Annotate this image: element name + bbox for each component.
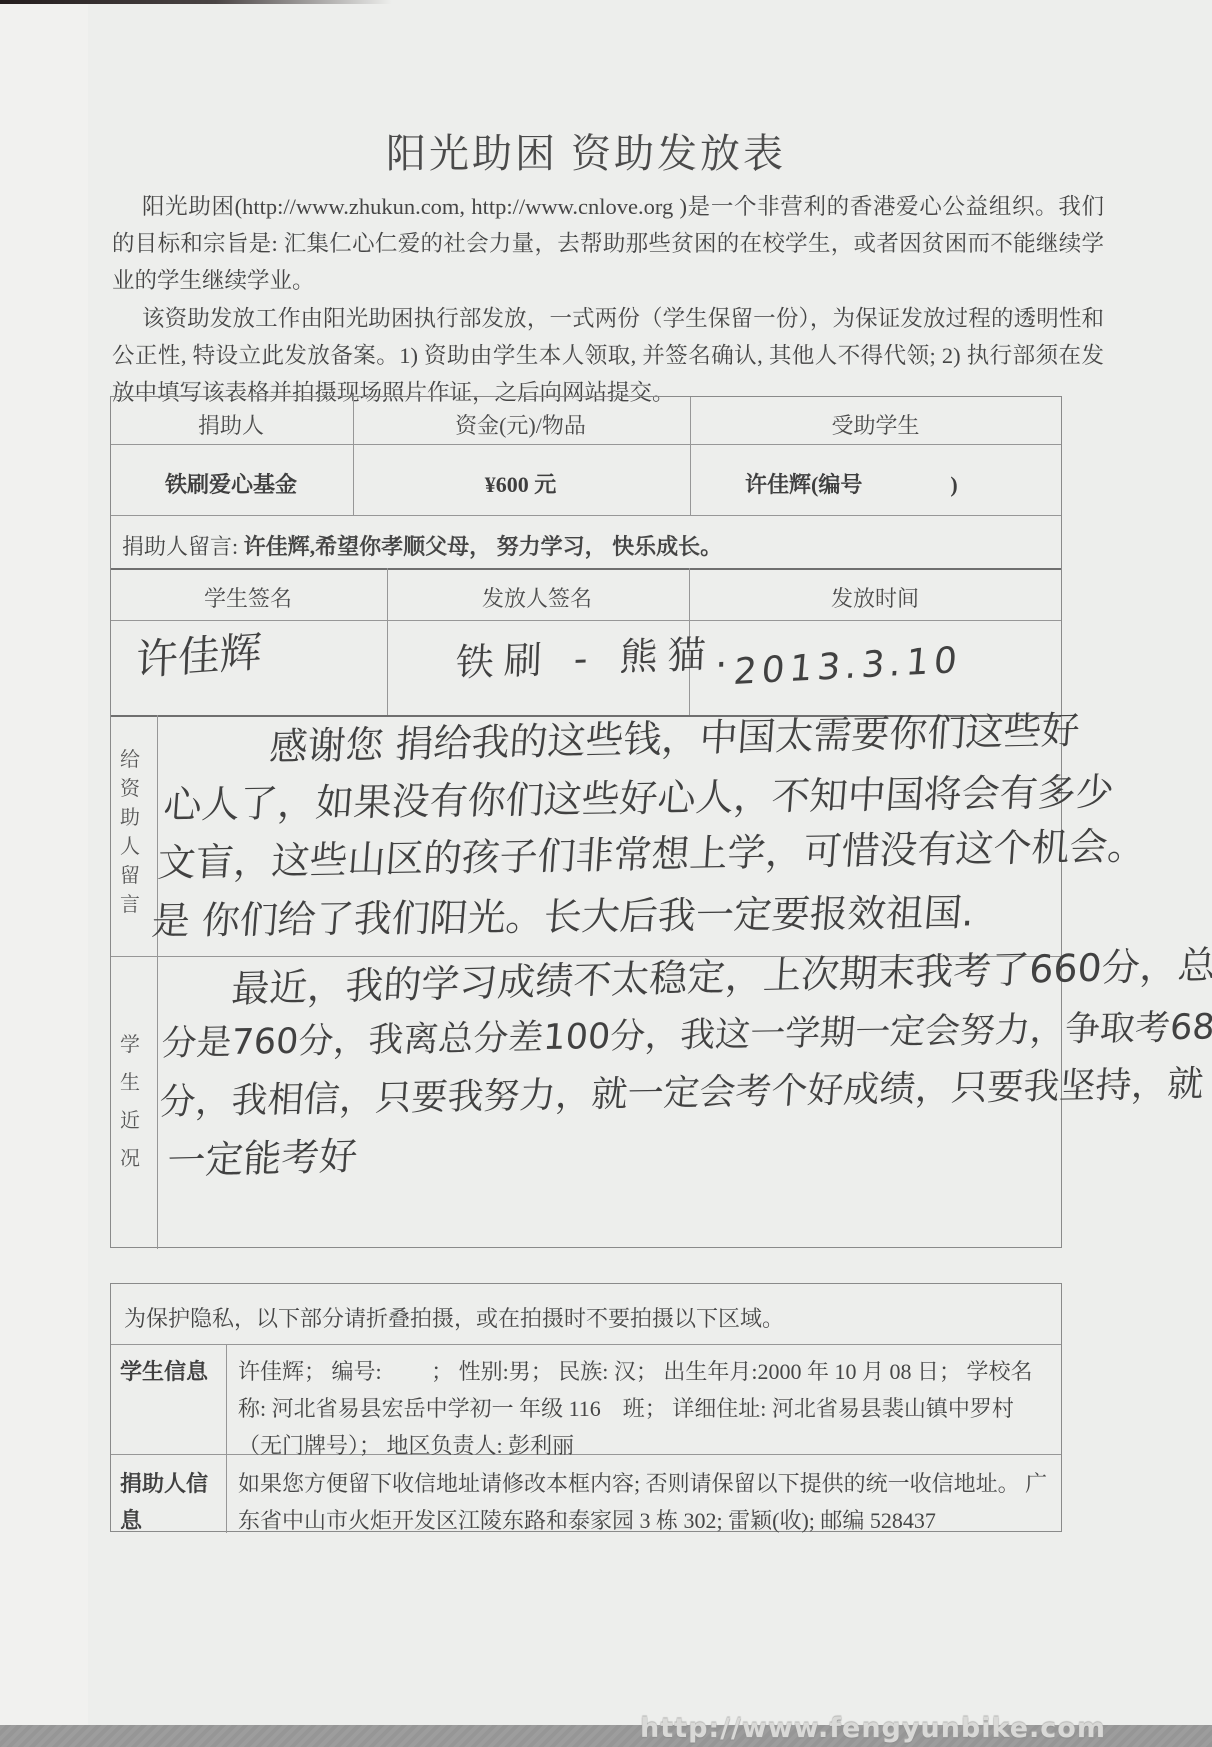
handwritten-message-line-4: 是 你们给了我们阳光。长大后我一定要报效祖国. xyxy=(150,881,976,945)
donor-message-text: 希望你孝顺父母， 努力学习， 快乐成长。 xyxy=(315,534,722,559)
intro-paragraph-1: 阳光助困(http://www.zhukun.com, http://www.c… xyxy=(112,188,1104,299)
page-title: 阳光助困 资助发放表 xyxy=(110,122,1062,179)
donor-message-row: 捐助人留言: 许佳辉,希望你孝顺父母， 努力学习， 快乐成长。 xyxy=(122,530,1052,561)
student-info-line-3: （无门牌号）； 地区负责人: 彭利丽 xyxy=(238,1427,574,1464)
scanned-form-page: 阳光助困 资助发放表 阳光助困(http://www.zhukun.com, h… xyxy=(0,0,1212,1747)
sig-header-issuer: 发放人签名 xyxy=(386,582,688,613)
handwritten-student-signature: 许佳辉 xyxy=(135,619,263,688)
handwritten-issuer-signature: 铁刷 - 熊猫. xyxy=(455,622,739,687)
donor-message-label: 捐助人留言: xyxy=(122,534,244,559)
grid-line xyxy=(111,1344,1061,1345)
donor-info-line-2: 东省中山市火炬开发区江陵东路和泰家园 3 栋 302; 雷颖(收); 邮编 52… xyxy=(238,1502,936,1539)
grid-line xyxy=(111,568,1061,570)
student-info-line-1: 许佳辉； 编号: ； 性别:男； 民族: 汉； 出生年月:2000 年 10 月… xyxy=(238,1353,1032,1390)
grant-cell-donor: 铁刷爱心基金 xyxy=(110,468,352,499)
donor-info-label: 捐助人信息 xyxy=(120,1465,218,1539)
grant-cell-student: 许佳辉(编号 ) xyxy=(689,468,1062,499)
donor-info-line-1: 如果您方便留下收信地址请修改本框内容; 否则请保留以下提供的统一收信地址。 广 xyxy=(238,1465,1047,1502)
grant-header-amount: 资金(元)/物品 xyxy=(352,409,689,440)
grant-cell-amount: ¥600 元 xyxy=(352,468,689,499)
sig-header-student: 学生签名 xyxy=(110,582,386,613)
row-label-student-status: 学生近况 xyxy=(116,1026,144,1178)
grid-line xyxy=(157,715,158,1249)
student-info-label: 学生信息 xyxy=(120,1353,216,1390)
scan-top-edge-artifact xyxy=(0,0,392,4)
grant-header-donor: 捐助人 xyxy=(110,409,352,440)
sig-header-date: 发放时间 xyxy=(688,582,1062,613)
privacy-notice: 为保护隐私，以下部分请折叠拍摄，或在拍摄时不要拍摄以下区域。 xyxy=(124,1302,1054,1333)
row-label-message-to-donor: 给资助人留言 xyxy=(116,746,144,920)
grant-header-student: 受助学生 xyxy=(689,409,1062,440)
donor-message-name: 许佳辉, xyxy=(244,534,316,559)
intro-paragraph-2: 该资助发放工作由阳光助困执行部发放，一式两份（学生保留一份），为保证发放过程的透… xyxy=(112,300,1104,411)
grid-line xyxy=(111,515,1061,516)
watermark-url: http://www.fengyunbike.com xyxy=(640,1713,1106,1744)
scan-left-margin xyxy=(0,0,88,1747)
student-info-line-2: 称: 河北省易县宏岳中学初一 年级 116 班； 详细住址: 河北省易县裴山镇中… xyxy=(238,1390,1014,1427)
grid-line xyxy=(111,444,1061,445)
handwritten-status-line-4: 一定能考好 xyxy=(166,1125,359,1185)
grid-line xyxy=(226,1344,227,1533)
